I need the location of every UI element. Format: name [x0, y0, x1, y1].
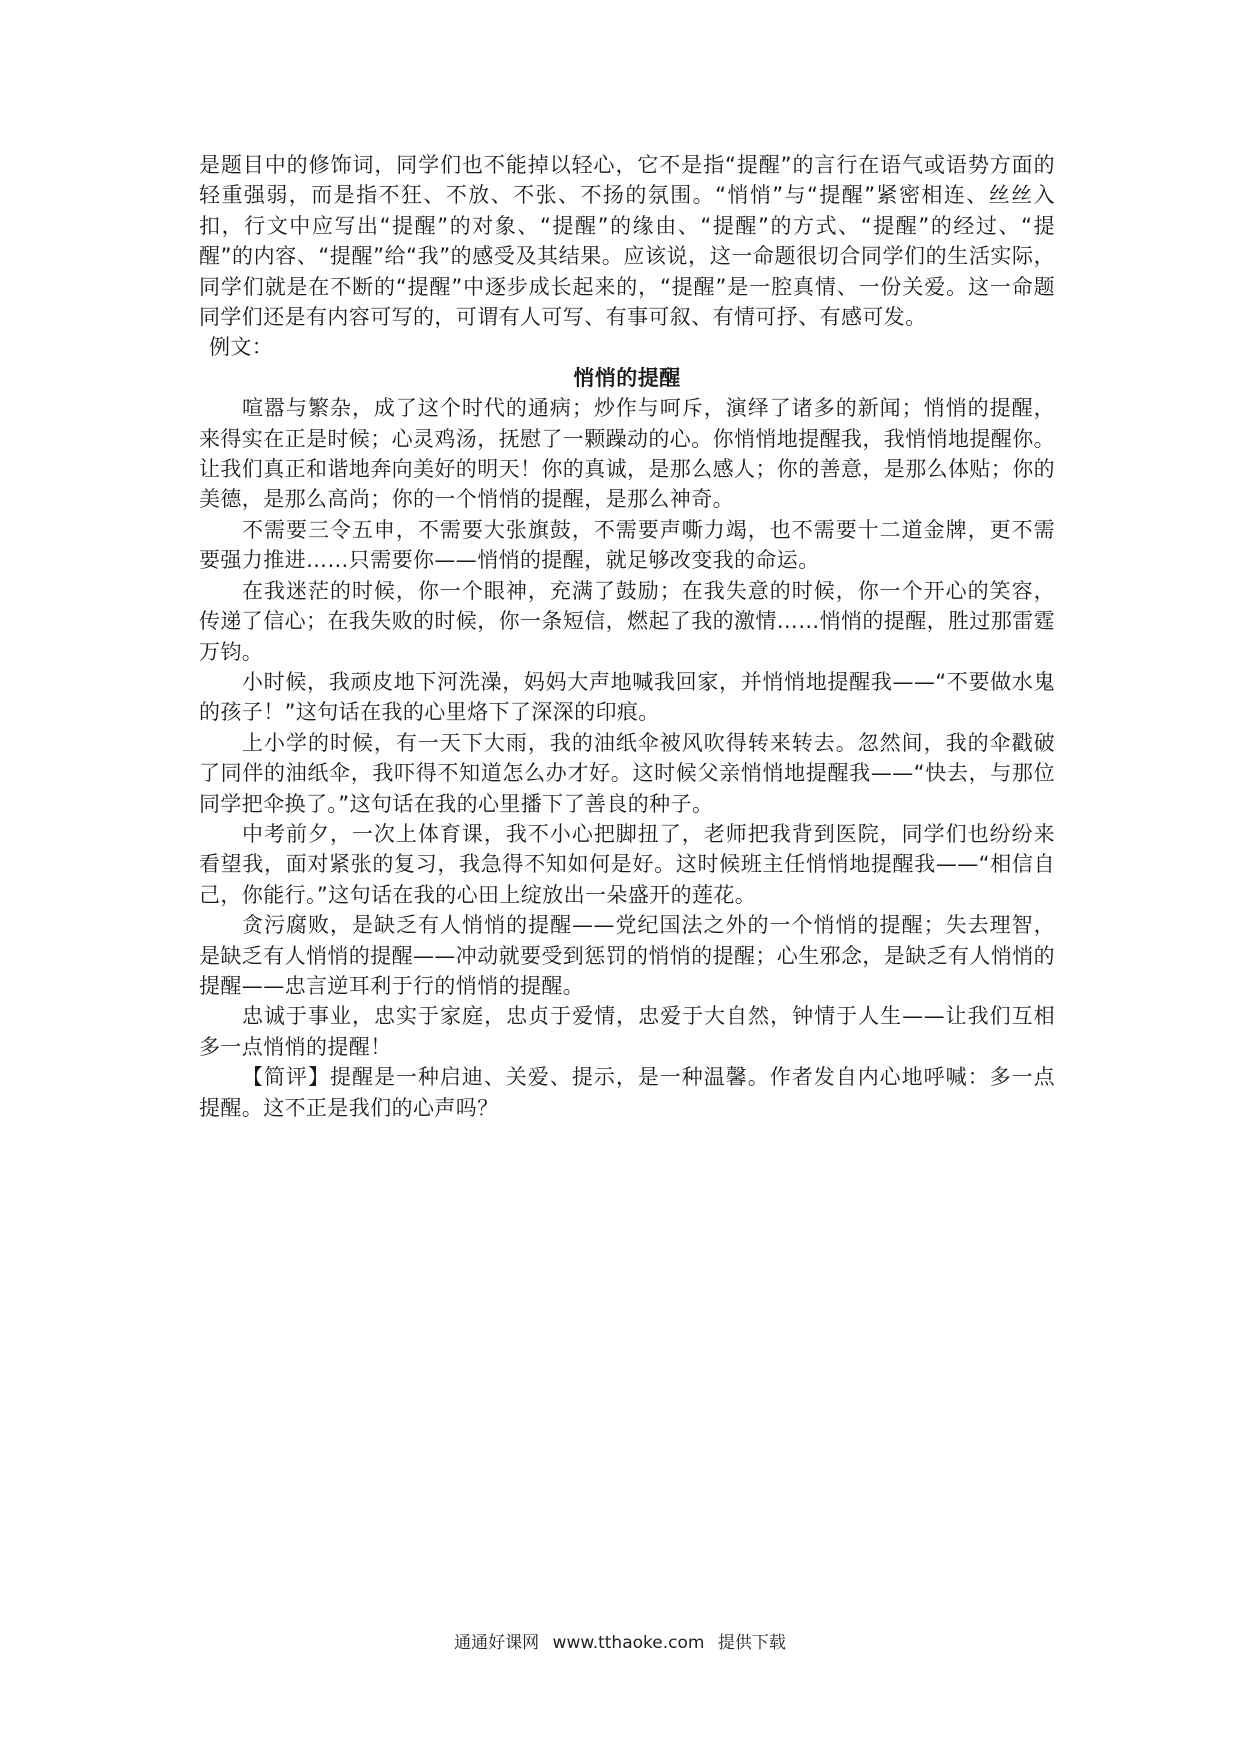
footer-site-name: 通通好课网: [454, 1633, 539, 1653]
essay-paragraph: 喧嚣与繁杂，成了这个时代的通病；炒作与呵斥，演绎了诸多的新闻；悄悄的提醒，来得实…: [199, 393, 1055, 515]
document-page: 是题目中的修饰词，同学们也不能掉以轻心，它不是指“提醒”的言行在语气或语势方面的…: [199, 150, 1055, 1123]
essay-paragraph: 在我迷茫的时候，你一个眼神，充满了鼓励；在我失意的时候，你一个开心的笑容，传递了…: [199, 576, 1055, 667]
intro-paragraph: 是题目中的修饰词，同学们也不能掉以轻心，它不是指“提醒”的言行在语气或语势方面的…: [199, 150, 1055, 332]
essay-paragraph: 中考前夕，一次上体育课，我不小心把脚扭了，老师把我背到医院，同学们也纷纷来看望我…: [199, 819, 1055, 910]
essay-paragraph: 忠诚于事业，忠实于家庭，忠贞于爱情，忠爱于大自然，钟情于人生——让我们互相多一点…: [199, 1001, 1055, 1062]
footer-url[interactable]: www.tthaoke.com: [553, 1633, 705, 1653]
essay-paragraph: 上小学的时候，有一天下大雨，我的油纸伞被风吹得转来转去。忽然间，我的伞戳破了同伴…: [199, 728, 1055, 819]
page-footer: 通通好课网 www.tthaoke.com 提供下载: [0, 1628, 1240, 1653]
essay-paragraph: 不需要三令五申，不需要大张旗鼓，不需要声嘶力竭，也不需要十二道金牌，更不需要强力…: [199, 515, 1055, 576]
comment-paragraph: 【简评】提醒是一种启迪、关爱、提示，是一种温馨。作者发自内心地呼喊：多一点提醒。…: [199, 1062, 1055, 1123]
footer-suffix: 提供下载: [718, 1633, 786, 1653]
essay-paragraph: 小时候，我顽皮地下河洗澡，妈妈大声地喊我回家，并悄悄地提醒我——“不要做水鬼的孩…: [199, 667, 1055, 728]
example-label: 例文：: [199, 332, 1055, 362]
comment-label: 【简评】: [242, 1065, 330, 1089]
essay-title: 悄悄的提醒: [199, 363, 1055, 393]
essay-paragraph: 贪污腐败，是缺乏有人悄悄的提醒——党纪国法之外的一个悄悄的提醒；失去理智，是缺乏…: [199, 910, 1055, 1001]
